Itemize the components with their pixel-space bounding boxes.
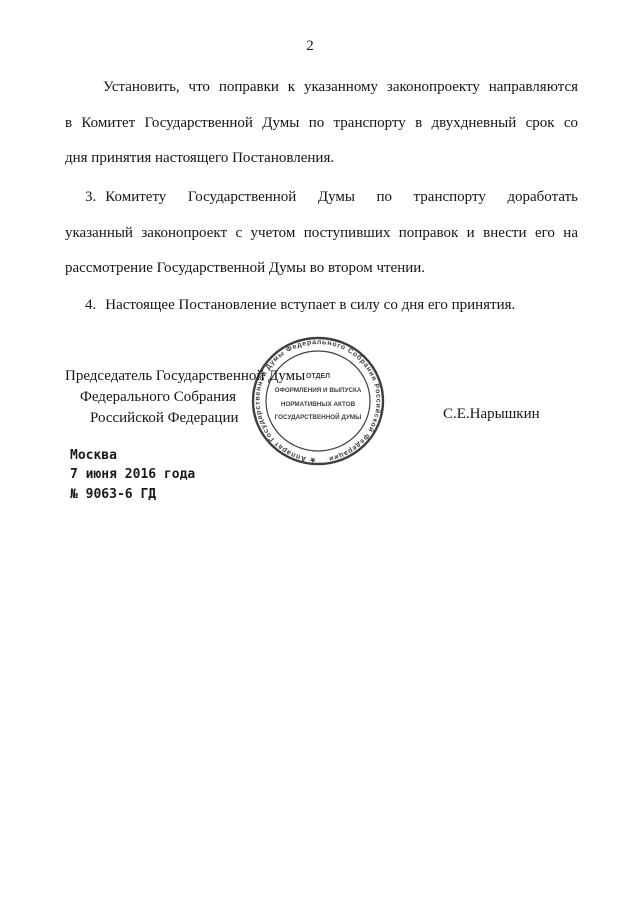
stamp-center-line: ГОСУДАРСТВЕННОЙ ДУМЫ	[275, 412, 362, 421]
item-number: 3.	[85, 189, 96, 205]
body-line: Установить, что поправки к указанному за…	[65, 78, 578, 97]
body-line-text: Комитету Государственной Думы по транспо…	[105, 189, 578, 205]
document-page: 2 Установить, что поправки к указанному …	[0, 0, 640, 905]
stamp-center-line: ОТДЕЛ	[306, 373, 330, 380]
body-line: 4.Настоящее Постановление вступает в сил…	[65, 296, 578, 315]
footer-document-number: № 9063-6 ГД	[70, 487, 156, 503]
signature-title-line: Российской Федерации	[90, 409, 239, 428]
page-number: 2	[65, 38, 555, 55]
stamp-center-line: ОФОРМЛЕНИЯ И ВЫПУСКА	[275, 387, 362, 394]
stamp-center-line: НОРМАТИВНЫХ АКТОВ	[281, 401, 356, 408]
body-line: 3.Комитету Государственной Думы по транс…	[65, 188, 578, 207]
item-number: 4.	[85, 297, 96, 313]
body-line: рассмотрение Государственной Думы во вто…	[65, 259, 578, 278]
body-line: дня принятия настоящего Постановления.	[65, 149, 578, 168]
footer-date: 7 июня 2016 года	[70, 467, 195, 483]
body-line: в Комитет Государственной Думы по трансп…	[65, 114, 578, 133]
signature-title-line: Федерального Собрания	[80, 388, 236, 407]
signature-name: С.Е.Нарышкин	[443, 405, 540, 424]
body-line: указанный законопроект с учетом поступив…	[65, 224, 578, 243]
body-line-text: Настоящее Постановление вступает в силу …	[105, 297, 515, 313]
footer-city: Москва	[70, 448, 117, 464]
official-stamp-seal: ★ Аппарат Государственной Думы Федеральн…	[250, 335, 386, 467]
